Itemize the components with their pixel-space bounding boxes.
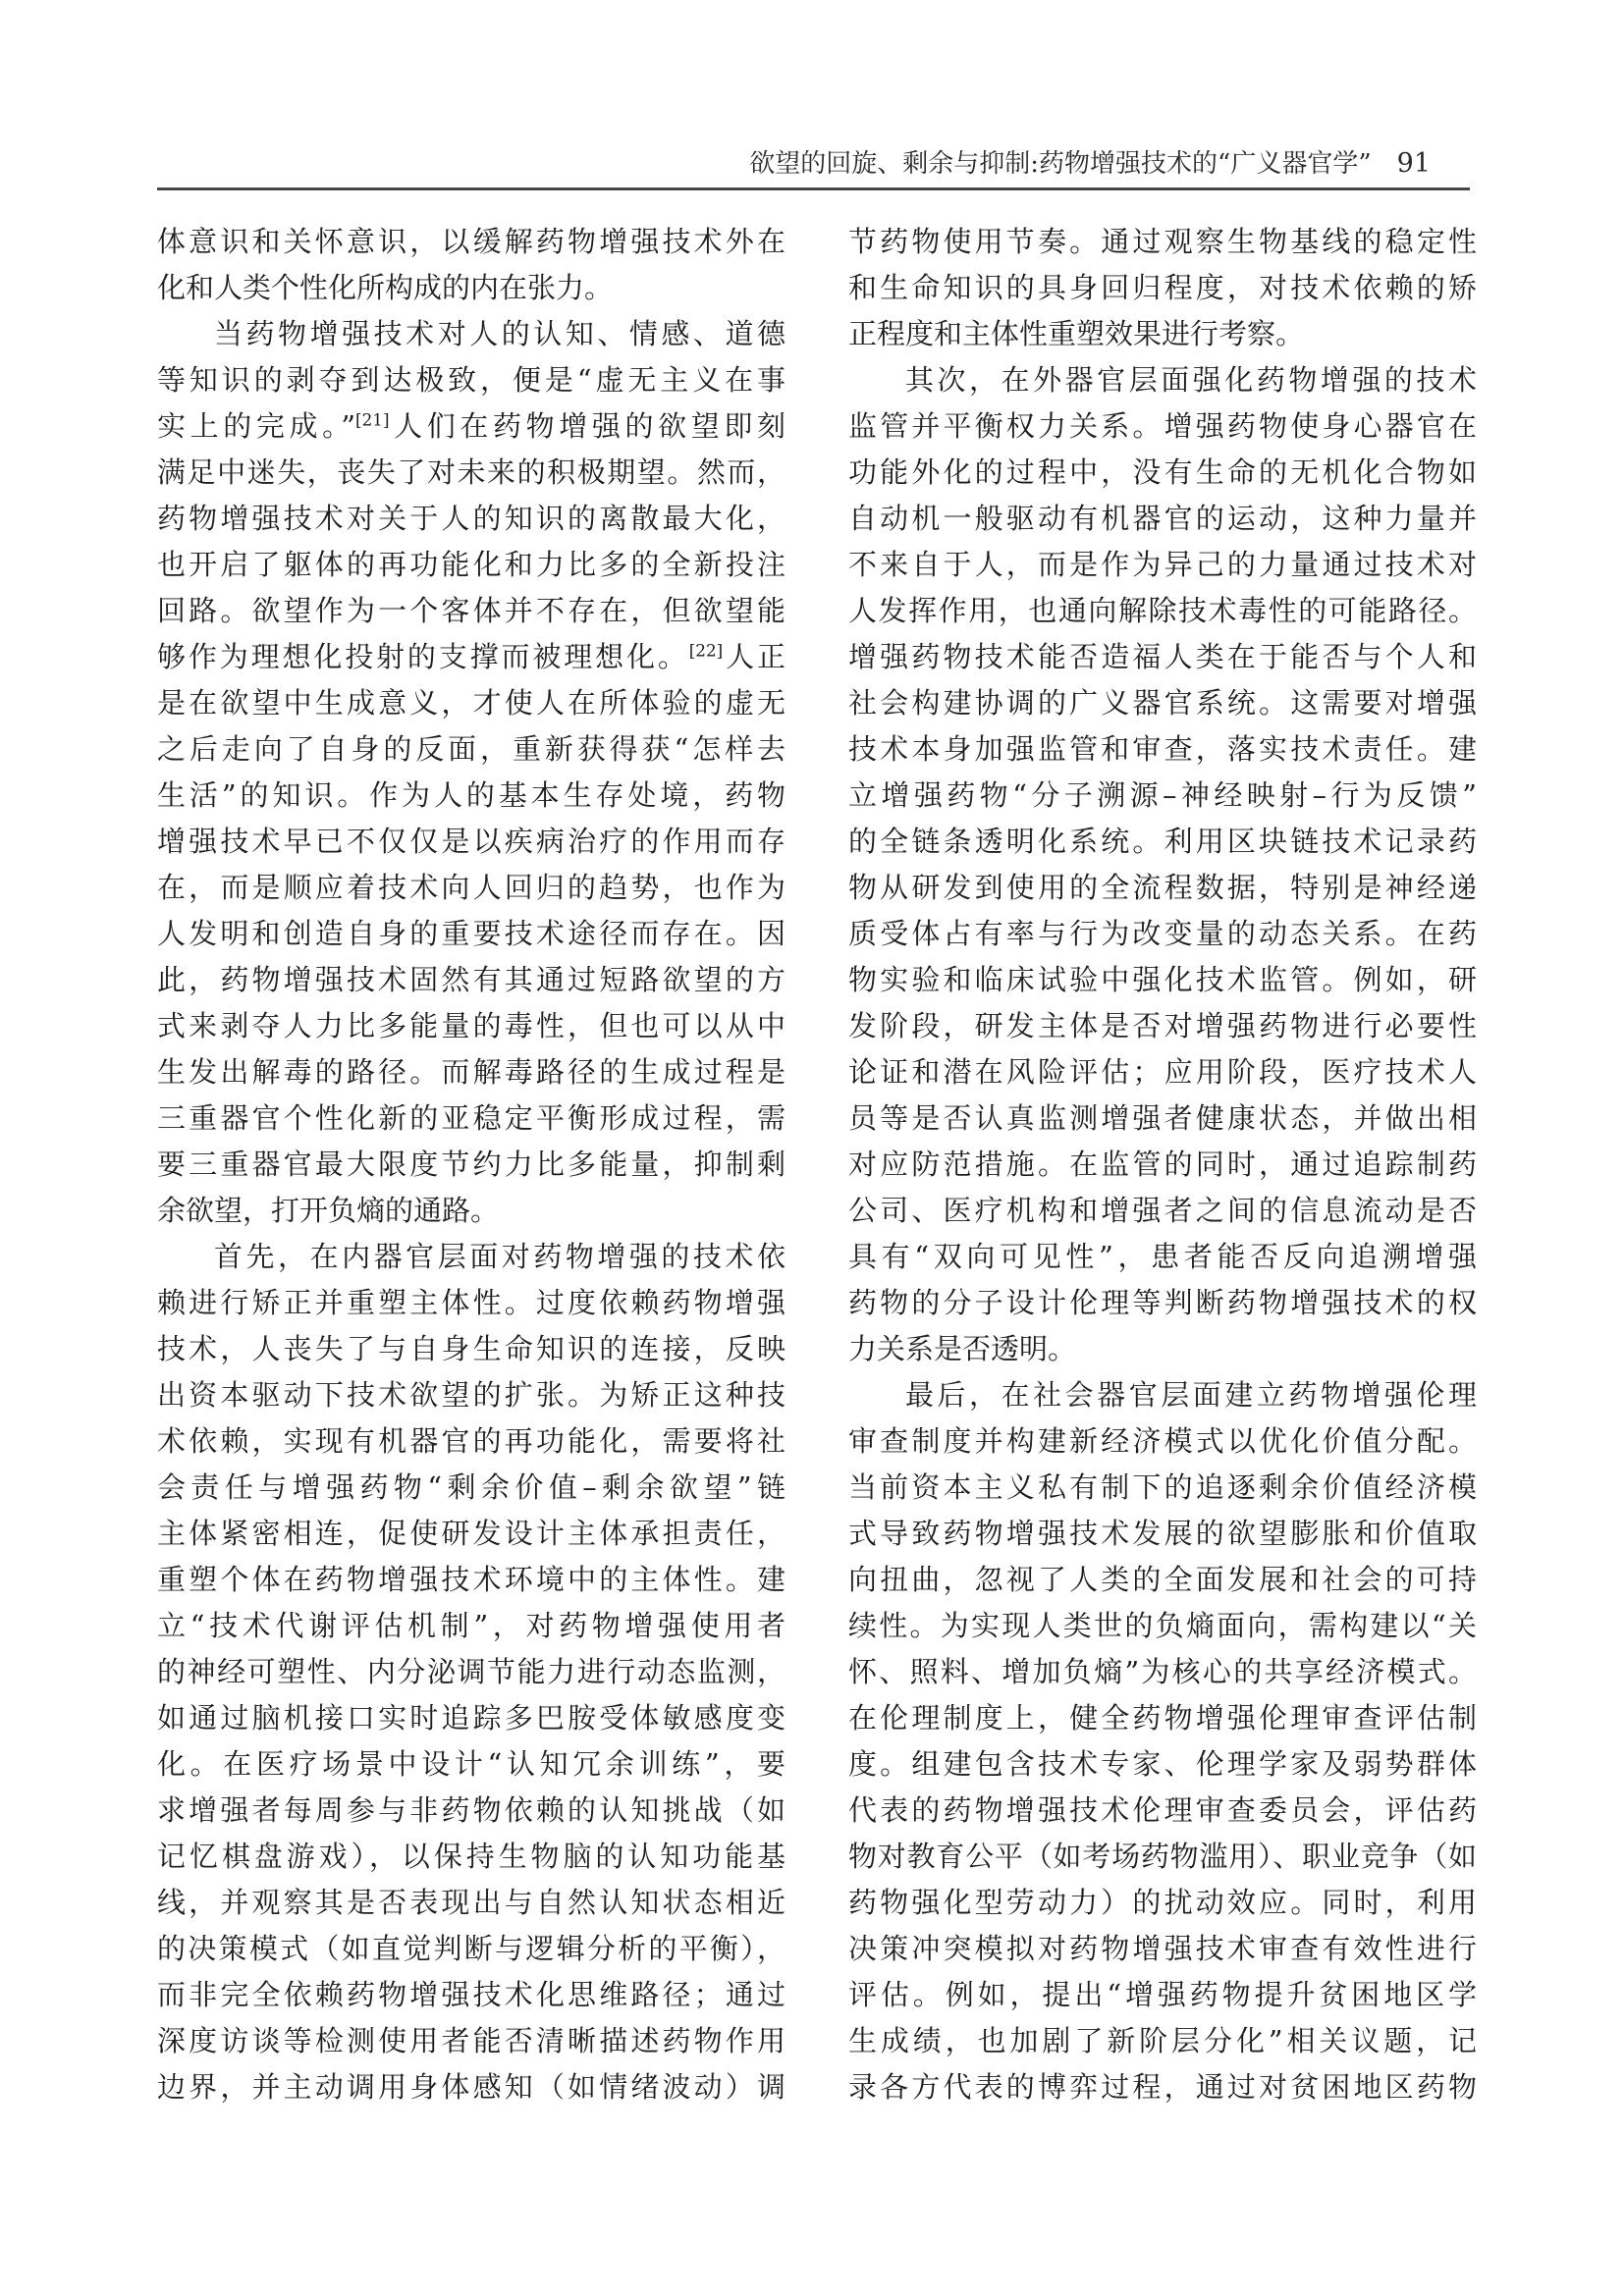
text-line: 生活”的知识。作为人的基本生存处境，药物 [157, 773, 785, 819]
text-line: 节药物使用节奏。通过观察生物基线的稳定性 [848, 219, 1477, 265]
text-line: 深度访谈等检测使用者能否清晰描述药物作用 [157, 2018, 785, 2064]
text-line: 药物强化型劳动力）的扰动效应。同时，利用 [848, 1880, 1477, 1926]
text-line: 记忆棋盘游戏），以保持生物脑的认知功能基 [157, 1834, 785, 1880]
text-line: 满足中迷失，丧失了对未来的积极期望。然而， [157, 450, 785, 496]
running-header: 欲望的回旋、剩余与抑制:药物增强技术的“广义器官学” 91 [157, 143, 1470, 185]
text-line: 的神经可塑性、内分泌调节能力进行动态监测， [157, 1649, 785, 1695]
text-line: 向扭曲，忽视了人类的全面发展和社会的可持 [848, 1557, 1477, 1603]
text-line: 怀、照料、增加负熵”为核心的共享经济模式。 [848, 1649, 1477, 1695]
text-line: 质受体占有率与行为改变量的动态关系。在药 [848, 911, 1477, 957]
text-line: 如通过脑机接口实时追踪多巴胺受体敏感度变 [157, 1695, 785, 1741]
text-line: 人发挥作用，也通向解除技术毒性的可能路径。 [848, 588, 1477, 634]
text-line: 监管并平衡权力关系。增强药物使身心器官在 [848, 403, 1477, 450]
text-line: 物对教育公平（如考场药物滥用）、职业竞争（如 [848, 1834, 1477, 1880]
text-line: 回路。欲望作为一个客体并不存在，但欲望能 [157, 588, 785, 634]
header-rule [157, 187, 1470, 190]
document-page: 欲望的回旋、剩余与抑制:药物增强技术的“广义器官学” 91 体意识和关怀意识，以… [0, 0, 1624, 2296]
text-line: 而非完全依赖药物增强技术化思维路径；通过 [157, 1972, 785, 2018]
text-line: 物从研发到使用的全流程数据，特别是神经递 [848, 865, 1477, 911]
text-line: 社会构建协调的广义器官系统。这需要对增强 [848, 680, 1477, 726]
text-line: 当前资本主义私有制下的追逐剩余价值经济模 [848, 1465, 1477, 1511]
text-line: 术依赖，实现有机器官的再功能化，需要将社 [157, 1418, 785, 1465]
page-number: 91 [1397, 143, 1431, 185]
text-line: 录各方代表的博弈过程，通过对贫困地区药物 [848, 2064, 1477, 2110]
text-line: 的决策模式（如直觉判断与逻辑分析的平衡）， [157, 1926, 785, 1972]
text-line: 重塑个体在药物增强技术环境中的主体性。建 [157, 1557, 785, 1603]
text-line: 够作为理想化投射的支撑而被理想化。[22]人正 [157, 634, 785, 680]
text-line: 余欲望，打开负熵的通路。 [157, 1188, 785, 1234]
text-line: 增强技术早已不仅仅是以疾病治疗的作用而存 [157, 819, 785, 865]
text-columns: 体意识和关怀意识，以缓解药物增强技术外在化和人类个性化所构成的内在张力。当药物增… [157, 219, 1477, 2110]
text-line: 出资本驱动下技术欲望的扩张。为矫正这种技 [157, 1372, 785, 1418]
text-line: 也开启了躯体的再功能化和力比多的全新投注 [157, 542, 785, 588]
text-line: 物实验和临床试验中强化技术监管。例如，研 [848, 957, 1477, 1003]
text-line: 度。组建包含技术专家、伦理学家及弱势群体 [848, 1741, 1477, 1788]
text-line: 药物的分子设计伦理等判断药物增强技术的权 [848, 1280, 1477, 1326]
right-column: 节药物使用节奏。通过观察生物基线的稳定性和生命知识的具身回归程度，对技术依赖的矫… [848, 219, 1477, 2110]
text-line: 功能外化的过程中，没有生命的无机化合物如 [848, 450, 1477, 496]
citation-ref: [22] [689, 640, 724, 660]
text-line: 对应防范措施。在监管的同时，通过追踪制药 [848, 1142, 1477, 1188]
text-line: 公司、医疗机构和增强者之间的信息流动是否 [848, 1188, 1477, 1234]
text-line: 体意识和关怀意识，以缓解药物增强技术外在 [157, 219, 785, 265]
text-line: 立增强药物“分子溯源–神经映射–行为反馈” [848, 773, 1477, 819]
text-line: 线，并观察其是否表现出与自然认知状态相近 [157, 1880, 785, 1926]
text-line: 决策冲突模拟对药物增强技术审查有效性进行 [848, 1926, 1477, 1972]
text-line: 之后走向了自身的反面，重新获得获“怎样去 [157, 726, 785, 773]
text-line: 在伦理制度上，健全药物增强伦理审查评估制 [848, 1695, 1477, 1741]
text-line: 生成绩，也加剧了新阶层分化”相关议题，记 [848, 2018, 1477, 2064]
text-line: 赖进行矫正并重塑主体性。过度依赖药物增强 [157, 1280, 785, 1326]
text-line: 化和人类个性化所构成的内在张力。 [157, 265, 785, 311]
text-line: 边界，并主动调用身体感知（如情绪波动）调 [157, 2064, 785, 2110]
text-line: 主体紧密相连，促使研发设计主体承担责任， [157, 1511, 785, 1557]
text-line: 评估。例如，提出“增强药物提升贫困地区学 [848, 1972, 1477, 2018]
text-line: 技术，人丧失了与自身生命知识的连接，反映 [157, 1326, 785, 1372]
text-line: 论证和潜在风险评估；应用阶段，医疗技术人 [848, 1049, 1477, 1095]
text-line: 具有“双向可见性”，患者能否反向追溯增强 [848, 1234, 1477, 1280]
text-line: 和生命知识的具身回归程度，对技术依赖的矫 [848, 265, 1477, 311]
text-line: 续性。为实现人类世的负熵面向，需构建以“关 [848, 1603, 1477, 1649]
text-line: 其次，在外器官层面强化药物增强的技术 [848, 357, 1477, 403]
text-line: 要三重器官最大限度节约力比多能量，抑制剩 [157, 1142, 785, 1188]
text-line: 等知识的剥夺到达极致，便是“虚无主义在事 [157, 357, 785, 403]
text-line: 发阶段，研发主体是否对增强药物进行必要性 [848, 1003, 1477, 1049]
text-line: 技术本身加强监管和审查，落实技术责任。建 [848, 726, 1477, 773]
text-line: 不来自于人，而是作为异己的力量通过技术对 [848, 542, 1477, 588]
text-line: 生发出解毒的路径。而解毒路径的生成过程是 [157, 1049, 785, 1095]
text-line: 是在欲望中生成意义，才使人在所体验的虚无 [157, 680, 785, 726]
text-line: 在，而是顺应着技术向人回归的趋势，也作为 [157, 865, 785, 911]
text-line: 人发明和创造自身的重要技术途径而存在。因 [157, 911, 785, 957]
text-line: 立“技术代谢评估机制”，对药物增强使用者 [157, 1603, 785, 1649]
text-line: 三重器官个性化新的亚稳定平衡形成过程，需 [157, 1095, 785, 1142]
text-line: 药物增强技术对关于人的知识的离散最大化， [157, 496, 785, 542]
text-line: 首先，在内器官层面对药物增强的技术依 [157, 1234, 785, 1280]
text-line: 员等是否认真监测增强者健康状态，并做出相 [848, 1095, 1477, 1142]
text-line: 自动机一般驱动有机器官的运动，这种力量并 [848, 496, 1477, 542]
text-line: 化。在医疗场景中设计“认知冗余训练”，要 [157, 1741, 785, 1788]
text-line: 式导致药物增强技术发展的欲望膨胀和价值取 [848, 1511, 1477, 1557]
text-line: 求增强者每周参与非药物依赖的认知挑战（如 [157, 1788, 785, 1834]
text-line: 式来剥夺人力比多能量的毒性，但也可以从中 [157, 1003, 785, 1049]
citation-ref: [21] [355, 409, 390, 429]
text-line: 审查制度并构建新经济模式以优化价值分配。 [848, 1418, 1477, 1465]
left-column: 体意识和关怀意识，以缓解药物增强技术外在化和人类个性化所构成的内在张力。当药物增… [157, 219, 785, 2110]
text-line: 力关系是否透明。 [848, 1326, 1477, 1372]
text-line: 实上的完成。”[21]人们在药物增强的欲望即刻 [157, 403, 785, 450]
text-line: 正程度和主体性重塑效果进行考察。 [848, 311, 1477, 357]
text-line: 会责任与增强药物“剩余价值–剩余欲望”链 [157, 1465, 785, 1511]
running-header-title: 欲望的回旋、剩余与抑制:药物增强技术的“广义器官学” [749, 143, 1371, 185]
text-line: 增强药物技术能否造福人类在于能否与个人和 [848, 634, 1477, 680]
text-line: 最后，在社会器官层面建立药物增强伦理 [848, 1372, 1477, 1418]
text-line: 代表的药物增强技术伦理审查委员会，评估药 [848, 1788, 1477, 1834]
text-line: 当药物增强技术对人的认知、情感、道德 [157, 311, 785, 357]
text-line: 此，药物增强技术固然有其通过短路欲望的方 [157, 957, 785, 1003]
text-line: 的全链条透明化系统。利用区块链技术记录药 [848, 819, 1477, 865]
